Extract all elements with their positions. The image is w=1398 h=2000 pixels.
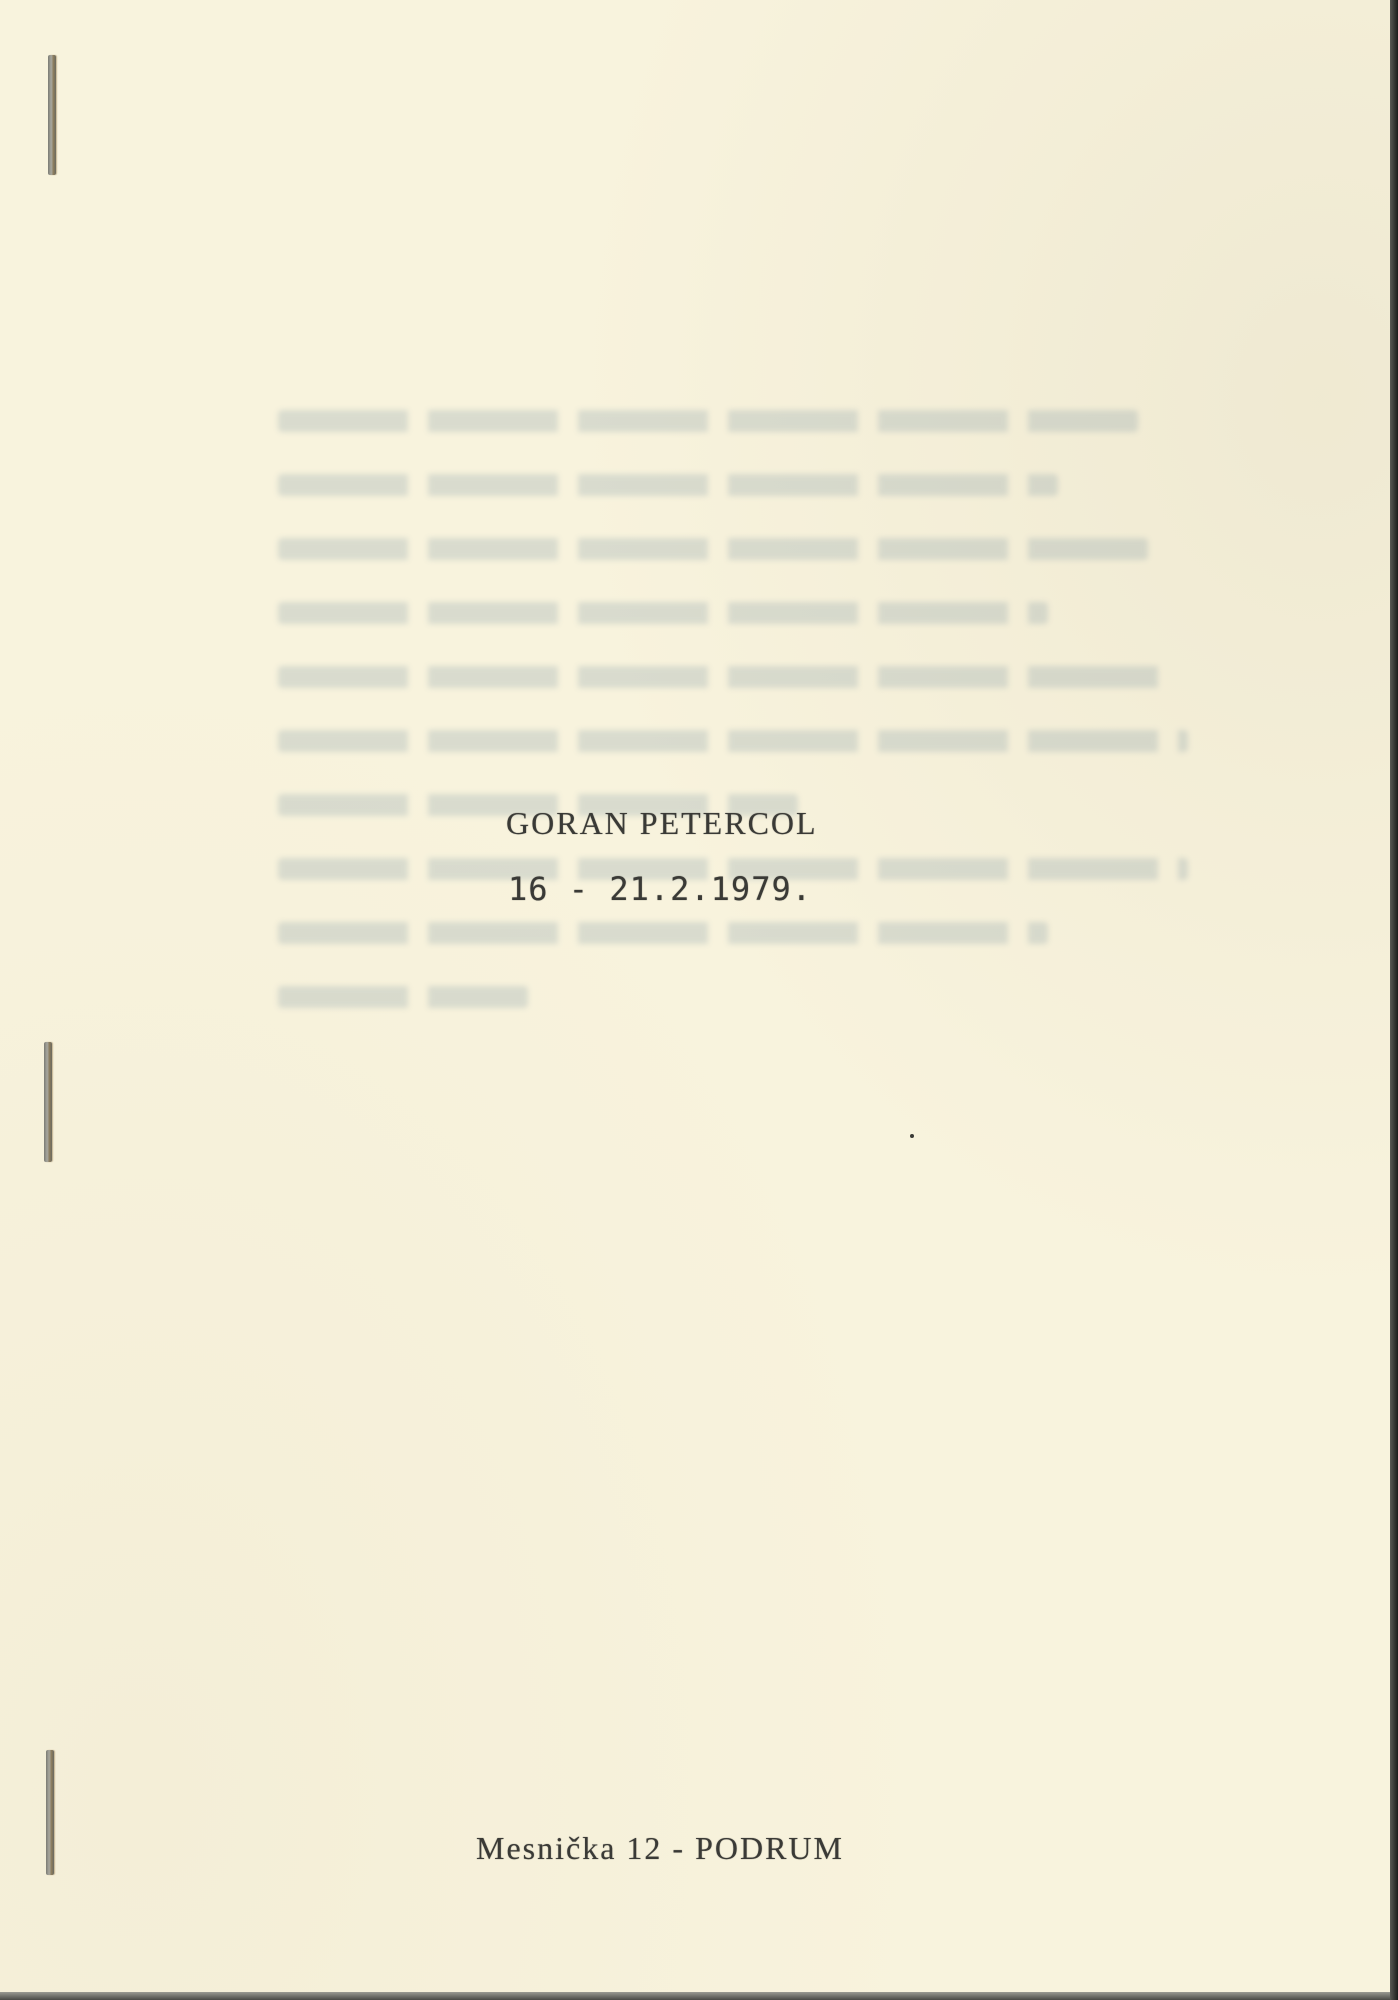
exhibition-dates: 16 - 21.2.1979. xyxy=(508,870,812,908)
page-right-edge-shadow xyxy=(1390,0,1398,2000)
reverse-side-show-through-text xyxy=(278,410,1198,1050)
page-bottom-edge-shadow xyxy=(0,1992,1390,2000)
ink-speck xyxy=(910,1134,914,1138)
staple-middle xyxy=(44,1042,52,1162)
artist-name: GORAN PETERCOL xyxy=(506,805,818,842)
venue-address: Mesnička 12 - PODRUM xyxy=(476,1830,844,1867)
staple-top xyxy=(48,55,56,175)
catalogue-page: GORAN PETERCOL 16 - 21.2.1979. Mesnička … xyxy=(0,0,1390,1992)
staple-bottom xyxy=(46,1750,54,1875)
